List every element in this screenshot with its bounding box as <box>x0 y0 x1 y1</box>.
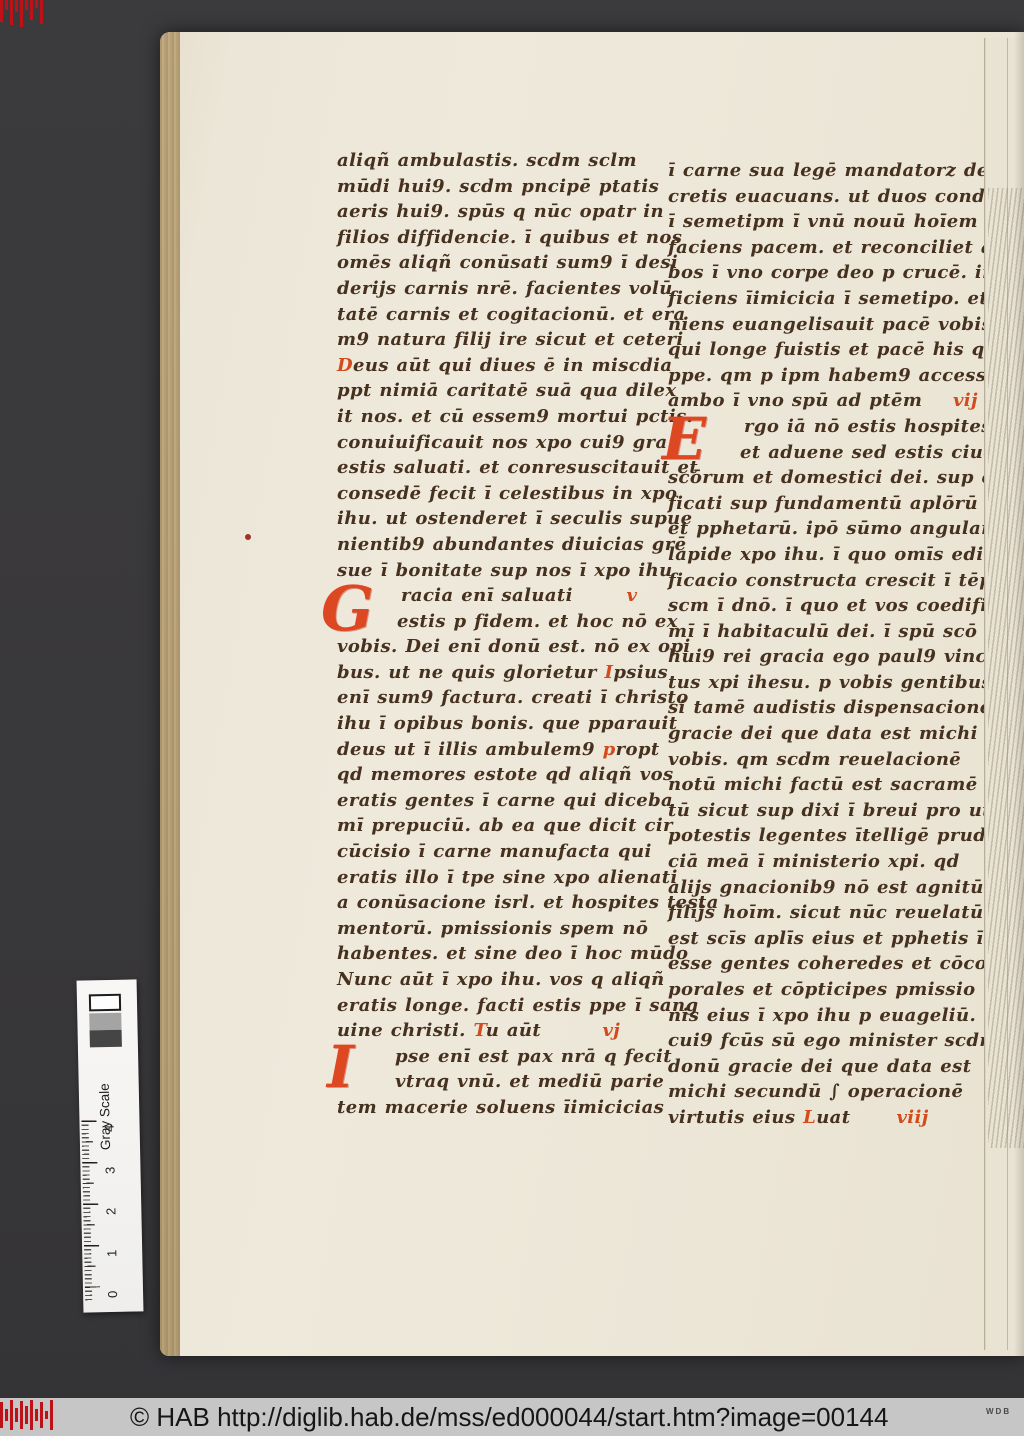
manuscript-line: mī ī habitaculū dei. ī spū scō <box>668 619 998 645</box>
grayscale-calibration-card: Gray Scale 43210 <box>77 979 144 1312</box>
registration-bar <box>50 1400 53 1430</box>
ruler-number-0: 0 <box>105 1284 119 1298</box>
manuscript-line: omēs aliqñ conūsati sum9 ī desi <box>337 250 667 276</box>
registration-bar <box>0 1402 3 1428</box>
rubric-text: vij <box>953 390 978 411</box>
registration-bar <box>30 1400 33 1430</box>
page-gutter-line <box>1007 38 1008 1350</box>
registration-bar <box>10 1400 13 1430</box>
manuscript-line: est scīs aplīs eius et pphetis ī spū. <box>668 926 998 952</box>
manuscript-line: rgo iā nō estis hospites <box>668 414 998 440</box>
registration-bar <box>45 1411 48 1419</box>
manuscript-line: si tamē audistis dispensacionē <box>668 695 998 721</box>
rubric-text: v <box>627 585 638 606</box>
registration-bar <box>25 0 28 10</box>
registration-bar <box>20 0 23 27</box>
manuscript-line: et pphetarū. ipō sūmo angulari <box>668 516 998 542</box>
rubric-initial-E: E <box>662 410 707 468</box>
manuscript-line: uine christi. Tu aūt vj <box>337 1018 667 1044</box>
rubric-text: p <box>603 739 616 760</box>
rubric-text: L <box>803 1107 816 1128</box>
registration-bar <box>5 1409 8 1421</box>
registration-bar <box>5 0 8 10</box>
manuscript-line: vobis. qm scdm reuelacionē <box>668 747 998 773</box>
ruler-number-1: 1 <box>104 1242 118 1256</box>
manuscript-line: scōrum et domestici dei. sup edi <box>668 465 998 491</box>
manuscript-line: nis eius ī xpo ihu p euageliū. <box>668 1003 998 1029</box>
registration-bar <box>20 1401 23 1429</box>
manuscript-line: faciens pacem. et reconciliet am <box>668 235 998 261</box>
manuscript-line: cūcisio ī carne manufacta qui <box>337 839 667 865</box>
manuscript-line: bos ī vno corpe deo p crucē. int <box>668 260 998 286</box>
manuscript-line: donū gracie dei que data est <box>668 1054 998 1080</box>
page-stack-edge <box>160 32 180 1356</box>
manuscript-line: aliqñ ambulastis. scdm sclm <box>337 148 667 174</box>
manuscript-line: scm ī dnō. ī quo et vos coedifica <box>668 593 998 619</box>
manuscript-line: consedē fecit ī celestibus in xpo <box>337 481 667 507</box>
margin-red-dot <box>245 534 251 540</box>
manuscript-line: ihu ī opibus bonis. que pparauit <box>337 711 667 737</box>
manuscript-line: estis p fidem. et hoc nō ex <box>337 609 667 635</box>
manuscript-line: hui9 rei gracia ego paul9 vinc <box>668 644 998 670</box>
manuscript-line: ciā meā ī ministerio xpi. qd <box>668 849 998 875</box>
library-watermark: WDB <box>986 1407 1011 1416</box>
ruler-number-4: 4 <box>101 1118 115 1132</box>
manuscript-line: mī prepuciū. ab ea que dicit cir <box>337 813 667 839</box>
manuscript-line: it nos. et cū essem9 mortui pctis. <box>337 404 667 430</box>
manuscript-column-left: aliqñ ambulastis. scdm sclmmūdi hui9. sc… <box>337 148 667 1121</box>
manuscript-line: virtutis eius Luat viij <box>668 1105 998 1131</box>
manuscript-line: ficiens īimicicia ī semetipo. et ve <box>668 286 998 312</box>
manuscript-line: m9 natura filij ire sicut et ceteri <box>337 327 667 353</box>
manuscript-line: vtraq vnū. et mediū parie <box>337 1069 667 1095</box>
manuscript-line: esse gentes coheredes et cōcor <box>668 951 998 977</box>
registration-bar <box>15 0 18 12</box>
manuscript-line: potestis legentes ītelligē prudē <box>668 823 998 849</box>
manuscript-line: racia enī saluati v <box>337 583 667 609</box>
manuscript-line: sue ī bonitate sup nos ī xpo ihu <box>337 558 667 584</box>
manuscript-line: et aduene sed estis ciues <box>668 440 998 466</box>
rubric-text: T <box>474 1020 486 1041</box>
manuscript-line: nientib9 abundantes diuicias grē <box>337 532 667 558</box>
manuscript-line: porales et cōpticipes pmissio <box>668 977 998 1003</box>
grayscale-patch-white <box>89 994 121 1012</box>
manuscript-line: tatē carnis et cogitacionū. et era <box>337 302 667 328</box>
registration-bar <box>10 0 13 25</box>
registration-bar <box>0 0 3 22</box>
grayscale-patch-mid <box>89 1013 121 1031</box>
manuscript-page: aliqñ ambulastis. scdm sclmmūdi hui9. sc… <box>160 32 1024 1356</box>
registration-bar <box>35 0 38 8</box>
ruler-number-2: 2 <box>103 1201 117 1215</box>
manuscript-line: tus xpi ihesu. p vobis gentibus <box>668 670 998 696</box>
page-edge-shadow <box>1014 32 1024 1356</box>
manuscript-line: michi secundū ∫ operacionē <box>668 1079 998 1105</box>
manuscript-line: filijs hoīm. sicut nūc reuelatū <box>668 900 998 926</box>
manuscript-line: eratis illo ī tpe sine xpo alienati <box>337 865 667 891</box>
manuscript-line: niens euangelisauit pacē vobis <box>668 312 998 338</box>
manuscript-line: conuiuificauit nos xpo cui9 gra <box>337 430 667 456</box>
manuscript-line: gracie dei que data est michi ī <box>668 721 998 747</box>
registration-bar <box>40 0 43 24</box>
rubric-initial-G: G <box>321 578 374 640</box>
registration-bar <box>40 1402 43 1428</box>
scan-photo: aliqñ ambulastis. scdm sclmmūdi hui9. sc… <box>0 0 1024 1436</box>
manuscript-line: aeris hui9. spūs q nūc opatr in <box>337 199 667 225</box>
manuscript-line: cretis euacuans. ut duos condat <box>668 184 998 210</box>
manuscript-line: ppe. qm p ipm habem9 accessum <box>668 363 998 389</box>
manuscript-line: vobis. Dei enī donū est. nō ex opi <box>337 634 667 660</box>
manuscript-line: ficacio constructa crescit ī tēplū <box>668 568 998 594</box>
manuscript-line: alijs gnacionib9 nō est agnitū <box>668 875 998 901</box>
registration-bar <box>15 1408 18 1422</box>
rubric-text: D <box>337 355 353 376</box>
footer-bar: © HAB http://diglib.hab.de/mss/ed000044/… <box>0 1398 1024 1436</box>
manuscript-line: ī semetipm ī vnū nouū hoīem <box>668 209 998 235</box>
manuscript-line: notū michi factū est sacramē <box>668 772 998 798</box>
manuscript-line: derijs carnis nrē. facientes volū <box>337 276 667 302</box>
manuscript-line: ihu. ut ostenderet ī seculis supue <box>337 506 667 532</box>
manuscript-line: mūdi hui9. scdm pncipē ptatis <box>337 174 667 200</box>
manuscript-line: qd memores estote qd aliqñ vos <box>337 762 667 788</box>
manuscript-line: ppt nimiā caritatē suā qua dilex <box>337 378 667 404</box>
rubric-text: I <box>604 662 613 683</box>
manuscript-line: eratis longe. facti estis ppe ī sang <box>337 993 667 1019</box>
manuscript-line: lapide xpo ihu. ī quo omīs edi <box>668 542 998 568</box>
manuscript-line: ambo ī vno spū ad ptēm vij <box>668 388 998 414</box>
manuscript-line: tū sicut sup dixi ī breui pro ut <box>668 798 998 824</box>
manuscript-line: cui9 fcūs sū ego minister scdm <box>668 1028 998 1054</box>
manuscript-line: eratis gentes ī carne qui diceba <box>337 788 667 814</box>
manuscript-line: filios diffidencie. ī quibus et nos <box>337 225 667 251</box>
manuscript-line: mentorū. pmissionis spem nō <box>337 916 667 942</box>
registration-mark-top-left <box>0 0 43 28</box>
registration-bar <box>30 0 33 20</box>
manuscript-line: pse enī est pax nrā q fecit <box>337 1044 667 1070</box>
manuscript-line: estis saluati. et conresuscitauit et <box>337 455 667 481</box>
manuscript-line: habentes. et sine deo ī hoc mūdo <box>337 941 667 967</box>
manuscript-line: ī carne sua legē mandatorz de <box>668 158 998 184</box>
manuscript-line: a conūsacione isrl. et hospites testa <box>337 890 667 916</box>
grayscale-patch-dark <box>90 1030 122 1048</box>
registration-mark-bottom-left <box>0 1400 53 1430</box>
rubric-text: vj <box>602 1020 620 1041</box>
manuscript-line: ficati sup fundamentū aplōrū <box>668 491 998 517</box>
rubric-text: viij <box>896 1107 928 1128</box>
manuscript-line: deus ut ī illis ambulem9 propt <box>337 737 667 763</box>
registration-bar <box>35 1409 38 1421</box>
manuscript-line: qui longe fuistis et pacē his qui <box>668 337 998 363</box>
manuscript-line: Nunc aūt ī xpo ihu. vos q aliqñ <box>337 967 667 993</box>
ruler-number-3: 3 <box>102 1159 116 1173</box>
grayscale-label: Gray Scale <box>96 1048 116 1150</box>
copyright-url-text: © HAB http://diglib.hab.de/mss/ed000044/… <box>130 1402 888 1433</box>
manuscript-column-right: ī carne sua legē mandatorz decretis euac… <box>668 158 998 1131</box>
registration-bar <box>25 1406 28 1424</box>
manuscript-line: Deus aūt qui diues ē in miscdia <box>337 353 667 379</box>
rubric-initial-I: I <box>327 1038 355 1096</box>
manuscript-line: enī sum9 factura. creati ī christo <box>337 685 667 711</box>
manuscript-line: tem macerie soluens īimicicias <box>337 1095 667 1121</box>
manuscript-line: bus. ut ne quis glorietur Ipsius <box>337 660 667 686</box>
